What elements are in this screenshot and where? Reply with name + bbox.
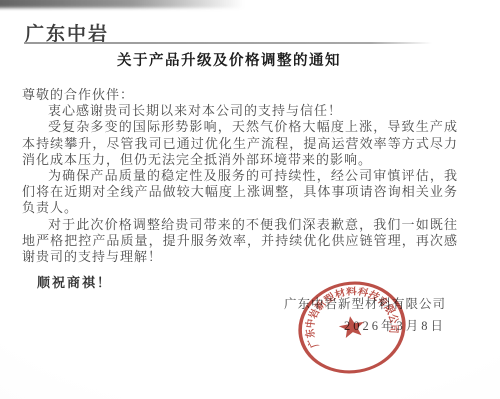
salutation: 尊敬的合作伙伴： bbox=[22, 87, 458, 103]
photo-edge-shadow bbox=[0, 0, 244, 8]
closing-salute: 顺祝商祺！ bbox=[37, 272, 112, 291]
letter-body: 尊敬的合作伙伴： 衷心感谢贵司长期以来对本公司的支持与信任！ 受复杂多变的国际形… bbox=[22, 87, 458, 265]
body-paragraph: 受复杂多变的国际形势影响，天然气价格大幅度上涨，导致生产成本持续攀升，尽管我司已… bbox=[22, 119, 458, 168]
body-paragraph: 对于此次价格调整给贵司带来的不便我们深表歉意，我们一如既往地严格把控产品质量，提… bbox=[22, 217, 458, 266]
signature-date: 2026年3月8日 bbox=[284, 319, 446, 334]
body-paragraph: 为确保产品质量的稳定性及服务的可持续性，经公司审慎评估，我们将在近期对全线产品做… bbox=[22, 168, 458, 217]
signature-company: 广东中岩新型材料有限公司 bbox=[284, 297, 446, 312]
document-title: 关于产品升级及价格调整的通知 bbox=[0, 49, 458, 70]
body-paragraph: 衷心感谢贵司长期以来对本公司的支持与信任！ bbox=[22, 103, 458, 119]
signature-block: 广东中岩新型材料有限公司 2026年3月8日 bbox=[284, 297, 446, 334]
header-rule bbox=[24, 42, 432, 44]
document-photo: 广东中岩 关于产品升级及价格调整的通知 尊敬的合作伙伴： 衷心感谢贵司长期以来对… bbox=[0, 0, 500, 399]
